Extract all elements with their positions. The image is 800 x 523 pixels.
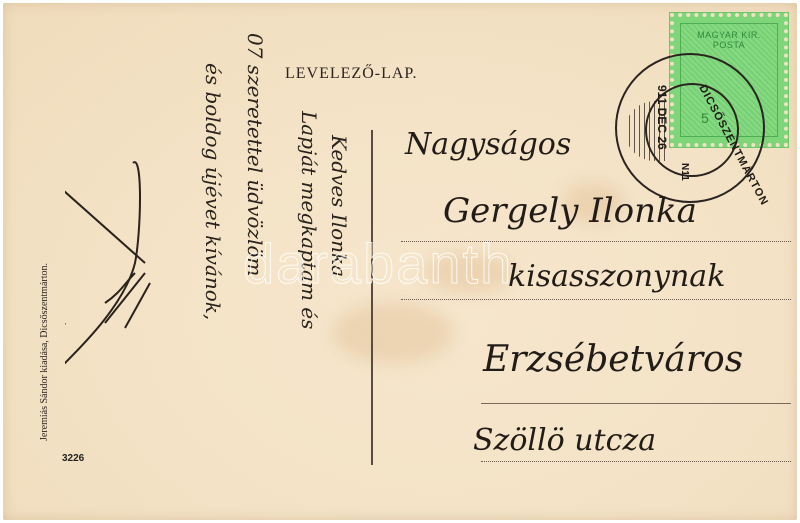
catalog-number: 3226 — [62, 453, 84, 464]
address-line-2: Gergely Ilonka — [443, 191, 697, 231]
address-line-1: Nagyságos — [405, 127, 571, 162]
divider-line — [371, 130, 373, 465]
message-line-1: Kedves Ilonka — [327, 135, 351, 277]
message-line-4: és boldog újévet kívánok, — [201, 63, 225, 320]
address-line-4: Erzsébetváros — [483, 339, 743, 380]
address-line — [401, 299, 791, 300]
postcard-title: LEVELEZŐ-LAP. — [285, 65, 418, 83]
postmark-date: 911 DEC 26 — [655, 85, 669, 150]
address-line — [481, 403, 791, 404]
paper-stain — [423, 253, 513, 293]
publisher-imprint: Jeremiás Sándor kiadása, Dicsőszentmárto… — [39, 263, 50, 441]
message-line-2: Lapját megkaptam és — [297, 111, 321, 329]
address-line-5: Szöllö utcza — [473, 423, 656, 458]
signature — [65, 153, 165, 373]
message-line-3: 07 szeretettel üdvözlöm — [243, 33, 267, 276]
address-line — [401, 241, 791, 242]
postmark-number: N11 — [679, 163, 690, 181]
postcard: LEVELEZŐ-LAP. Jeremiás Sándor kiadása, D… — [3, 3, 797, 520]
paper-stain — [333, 303, 453, 363]
stamp-label: MAGYAR KIR. POSTA — [681, 30, 777, 50]
postmark: DICSŐSZENTMÁRTON 911 DEC 26 N11 — [615, 53, 765, 203]
address-line — [481, 461, 791, 462]
address-line-3: kisasszonynak — [508, 259, 725, 294]
